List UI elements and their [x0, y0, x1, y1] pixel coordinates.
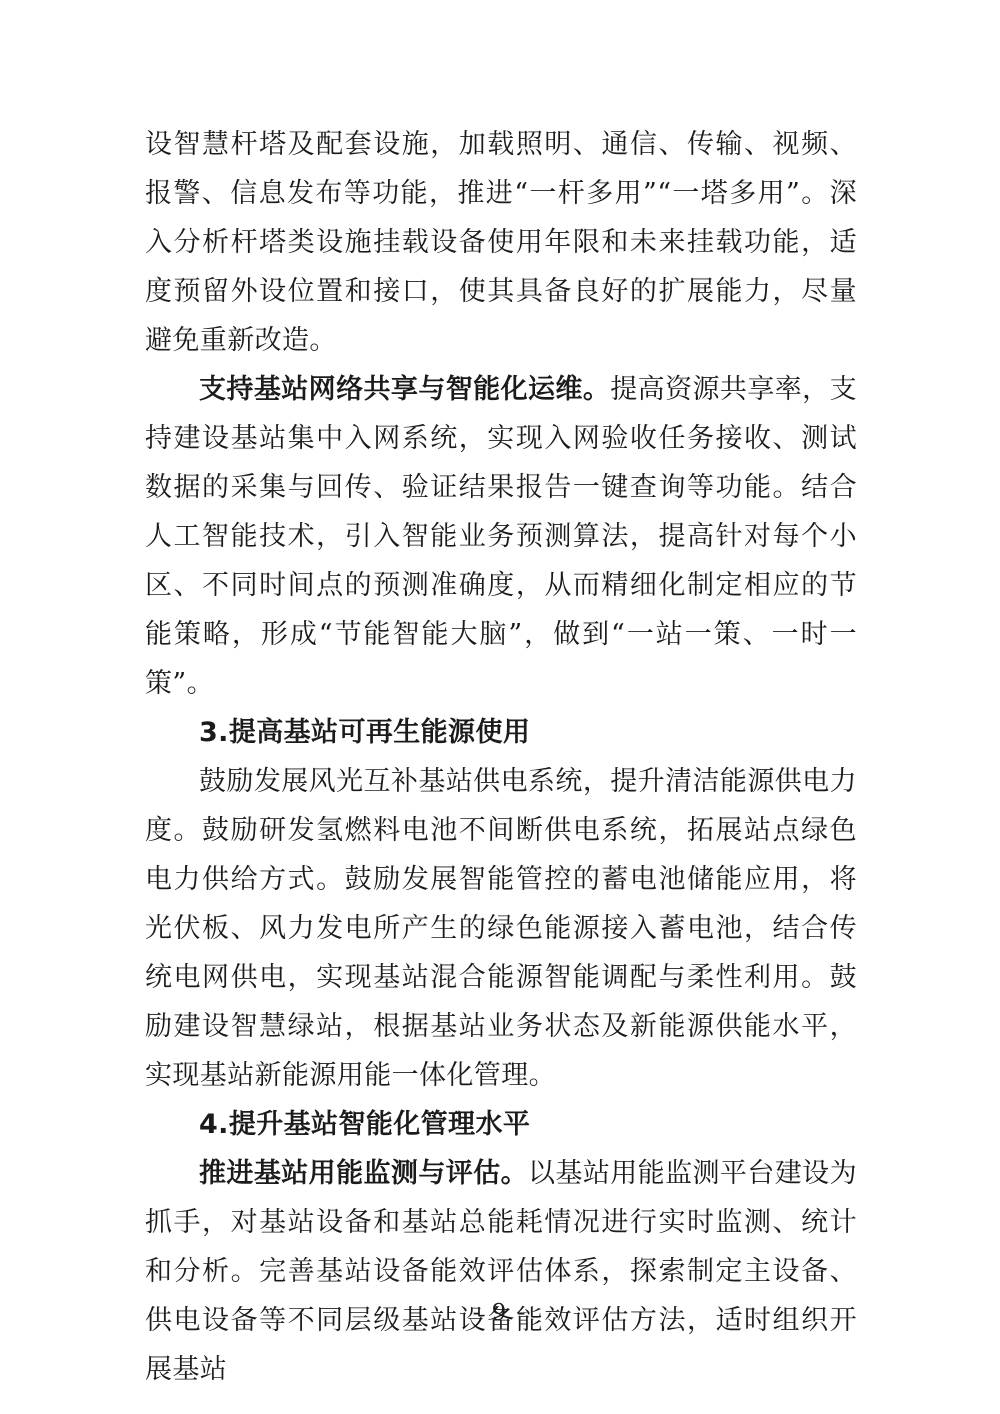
section-heading: 3.提高基站可再生能源使用: [145, 708, 857, 757]
paragraph: 鼓励发展风光互补基站供电系统，提升清洁能源供电力度。鼓励研发氢燃料电池不间断供电…: [145, 757, 857, 1100]
document-body: 设智慧杆塔及配套设施，加载照明、通信、传输、视频、报警、信息发布等功能，推进“一…: [145, 120, 857, 1394]
text-run: 以基站用能监测平台建设为抓手，对基站设备和基站总能耗情况进行实时监测、统计和分析…: [145, 1158, 857, 1385]
section-heading: 4.提升基站智能化管理水平: [145, 1100, 857, 1149]
paragraph: 支持基站网络共享与智能化运维。提高资源共享率，支持建设基站集中入网系统，实现入网…: [145, 365, 857, 708]
text-run: 提高资源共享率，支持建设基站集中入网系统，实现入网验收任务接收、测试数据的采集与…: [145, 374, 857, 699]
bold-text-run: 4.提升基站智能化管理水平: [199, 1109, 530, 1140]
paragraph: 设智慧杆塔及配套设施，加载照明、通信、传输、视频、报警、信息发布等功能，推进“一…: [145, 120, 857, 365]
bold-text-run: 3.提高基站可再生能源使用: [199, 717, 530, 748]
paragraph: 推进基站用能监测与评估。以基站用能监测平台建设为抓手，对基站设备和基站总能耗情况…: [145, 1149, 857, 1394]
bold-text-run: 推进基站用能监测与评估。: [199, 1158, 528, 1189]
text-run: 鼓励发展风光互补基站供电系统，提升清洁能源供电力度。鼓励研发氢燃料电池不间断供电…: [145, 766, 857, 1091]
page-number: - 9 -: [0, 1300, 1000, 1326]
bold-text-run: 支持基站网络共享与智能化运维。: [199, 374, 610, 405]
text-run: 设智慧杆塔及配套设施，加载照明、通信、传输、视频、报警、信息发布等功能，推进“一…: [145, 129, 857, 356]
